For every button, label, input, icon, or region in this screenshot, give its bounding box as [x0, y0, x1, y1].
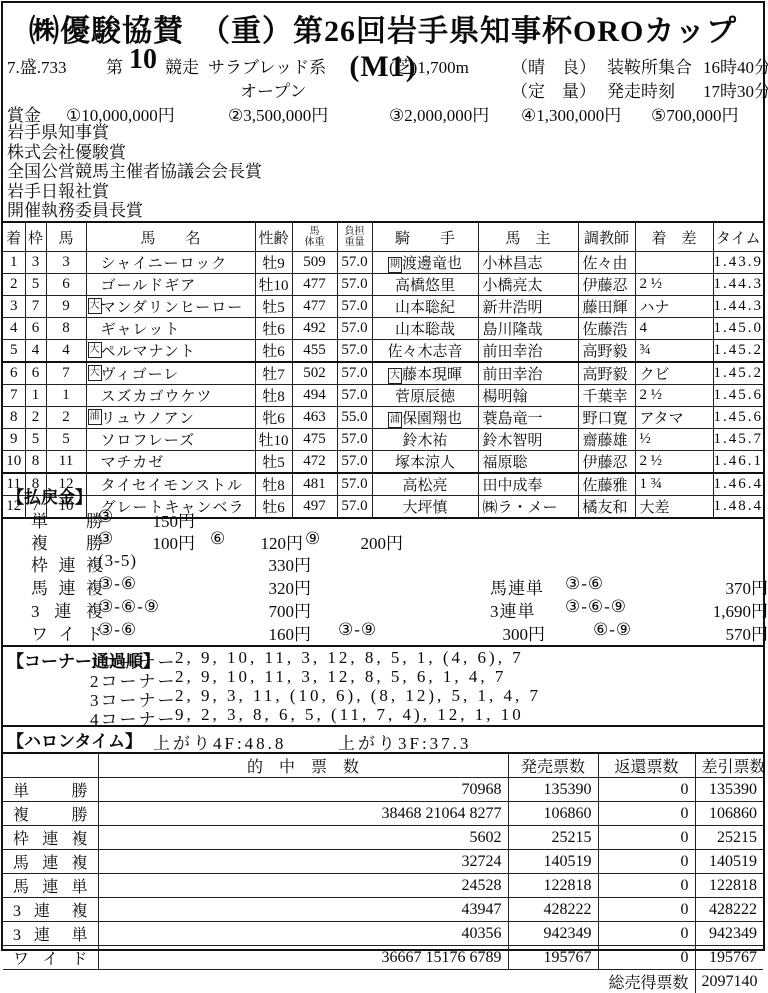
horse-name: シャイニーロック — [86, 252, 255, 274]
votes-footer-row: 総売得票数 2097140 — [3, 970, 763, 993]
up4f-time: 上がり4F:48.8 — [153, 729, 286, 754]
payout-quinella-exacta: 馬連複 ③-⑥ 320円 馬連単 ③-⑥ 370円 — [3, 574, 763, 596]
corner-3: 3コーナー 2, 9, 3, 11, (10, 6), (8, 12), 5, … — [3, 686, 763, 705]
total-votes-value: 2097140 — [695, 970, 763, 993]
race-code: 7.盛.733 — [7, 53, 67, 78]
votes-header-row: 的 中 票 数 発売票数 返還票数 差引票数 — [3, 753, 763, 778]
race-result-sheet: ㈱優駿協賛 （重）第26回岩手県知事杯OROカップ(M1) 7.盛.733 第 … — [0, 0, 768, 955]
jockey-name: 鈴木祐 — [372, 429, 478, 451]
col-weight: 馬 体重 — [292, 222, 337, 252]
award-item: 開催執務委員長賞 — [7, 201, 262, 221]
corner-4: 4コーナー 9, 2, 3, 8, 6, 5, (11, 7, 4), 12, … — [3, 705, 763, 724]
award-item: 岩手日報社賞 — [7, 182, 262, 202]
jockey-name: 菅原辰徳 — [372, 385, 478, 407]
horse-name: 大ヴィゴーレ — [86, 362, 255, 385]
votes-col-returned: 返還票数 — [598, 753, 695, 778]
race-no-suffix: 競走 — [165, 53, 199, 78]
table-row: 256 ゴールドギア 牡1047757.0 高橋悠里 小橋亮太伊藤忍 2 ½1.… — [3, 274, 763, 296]
table-row: 3 連 複43947 4282220428222 — [3, 898, 763, 922]
jockey-name: 高橋悠里 — [372, 274, 478, 296]
jockey-name: 大藤本現暉 — [372, 362, 478, 385]
jockey-name: 山本聡哉 — [372, 318, 478, 340]
weather-going: （晴 良） — [511, 53, 596, 78]
table-row: 955 ソロフレーズ 牡1047557.0 鈴木祐 鈴木智明齋藤雄 ½1.45.… — [3, 429, 763, 451]
breed: サラブレッド系 — [208, 53, 326, 78]
votes-col-net: 差引票数 — [695, 753, 763, 778]
horse-name: 浦リュウノアン — [86, 407, 255, 429]
table-row: 133 シャイニーロック 牡950957.0 期渡邊竜也 小林昌志佐々由 1.4… — [3, 252, 763, 274]
saddling-time: 16時40分 — [703, 53, 768, 78]
post-time-label: 発走時刻 — [607, 77, 675, 102]
table-row: ワ イ ド36667 15176 6789 1957670195767 — [3, 946, 763, 970]
jockey-name: 期渡邊竜也 — [372, 252, 478, 274]
votes-col-type — [3, 753, 98, 778]
horse-name: ソロフレーズ — [86, 429, 255, 451]
payout-place: 複 勝 ③ 100円 ⑥ 120円 ⑨ 200円 — [3, 529, 763, 551]
payout-wide: ワイド ③-⑥ 160円 ③-⑨ 300円 ⑥-⑨ 570円 — [3, 620, 763, 642]
furlong-heading: 【ハロンタイム】 — [7, 727, 142, 752]
table-row: 544 大ペルマナント 牡645557.0 佐々木志音 前田幸治高野毅 ¾1.4… — [3, 340, 763, 363]
corner-order-section: 【コーナー通過順】 1コーナー 2, 9, 10, 11, 3, 12, 8, … — [3, 645, 763, 727]
table-row: 468 ギャレット 牡649257.0 山本聡哉 島川隆哉佐藤浩 41.45.0 — [3, 318, 763, 340]
affiliation-mark: 大 — [388, 368, 402, 384]
results-table: 着 枠 馬 馬 名 性齢 馬 体重 負担 重量 騎 手 馬 主 調教師 着 差 … — [3, 221, 763, 519]
payout-bracket-quinella: 枠連複 (3-5) 330円 — [3, 551, 763, 573]
table-row: 枠 連 複5602 25215025215 — [3, 826, 763, 850]
table-row: 711 スズカゴウケツ 牡849457.0 菅原辰徳 楊明翰千葉幸 2 ½1.4… — [3, 385, 763, 407]
payout-win: 単 勝 ③ 150円 — [3, 507, 763, 529]
table-row: 822 浦リュウノアン 牝646355.0 浦保園翔也 蓑島竜一野口寛 アタマ1… — [3, 407, 763, 429]
table-row: 379 大マンダリンヒーロー 牡547757.0 山本聡紀 新井浩明藤田輝 ハナ… — [3, 296, 763, 318]
sheet-border: ㈱優駿協賛 （重）第26回岩手県知事杯OROカップ(M1) 7.盛.733 第 … — [1, 1, 765, 951]
col-horse-no: 馬 — [46, 222, 86, 252]
horse-name: スズカゴウケツ — [86, 385, 255, 407]
award-item: 岩手県知事賞 — [7, 123, 262, 143]
col-trainer: 調教師 — [578, 222, 635, 252]
affiliation-mark: 期 — [388, 257, 402, 273]
jockey-name: 山本聡紀 — [372, 296, 478, 318]
table-row: 馬 連 複32724 1405190140519 — [3, 850, 763, 874]
horse-name: 大ペルマナント — [86, 340, 255, 363]
race-number: 10 — [129, 44, 157, 76]
corner-2: 2コーナー 2, 9, 10, 11, 3, 12, 8, 5, 6, 1, 4… — [3, 667, 763, 686]
col-finish: 着 — [3, 222, 25, 252]
horse-name: 大マンダリンヒーロー — [86, 296, 255, 318]
table-row: 馬 連 単24528 1228180122818 — [3, 874, 763, 898]
votes-col-sold: 発売票数 — [508, 753, 598, 778]
col-load: 負担 重量 — [337, 222, 372, 252]
vote-count-table: 的 中 票 数 発売票数 返還票数 差引票数 単 勝70968 13539001… — [3, 752, 763, 993]
award-item: 全国公営競馬主催者協議会会長賞 — [7, 162, 262, 182]
track-distance: (芝)1,700m — [389, 53, 469, 78]
col-owner: 馬 主 — [478, 222, 578, 252]
jockey-name: 佐々木志音 — [372, 340, 478, 363]
col-horse-name: 馬 名 — [86, 222, 255, 252]
race-grade: オープン — [240, 77, 306, 102]
col-frame: 枠 — [25, 222, 46, 252]
post-time: 17時30分 — [703, 77, 768, 102]
col-time: タイム — [713, 222, 763, 252]
col-sex-age: 性齢 — [255, 222, 292, 252]
payout-section: 【払戻金】 単 勝 ③ 150円 複 勝 ③ 100円 ⑥ 120円 ⑨ 200… — [3, 481, 763, 647]
saddling-label: 装鞍所集合 — [607, 53, 692, 78]
table-row: 3 連 単40356 9423490942349 — [3, 922, 763, 946]
col-jockey: 騎 手 — [372, 222, 478, 252]
results-header-row: 着 枠 馬 馬 名 性齢 馬 体重 負担 重量 騎 手 馬 主 調教師 着 差 … — [3, 222, 763, 252]
table-row: 複 勝38468 21064 8277 1068600106860 — [3, 802, 763, 826]
votes-col-hits: 的 中 票 数 — [98, 753, 508, 778]
up3f-time: 上がり3F:37.3 — [338, 729, 471, 754]
prize-3rd: ③2,000,000円 — [389, 101, 489, 126]
race-no-prefix: 第 — [106, 53, 123, 78]
prize-5th: ⑤700,000円 — [651, 101, 739, 126]
race-info: 7.盛.733 第 10 競走 サラブレッド系 (芝)1,700m （晴 良） … — [3, 47, 763, 123]
affiliation-mark: 浦 — [388, 412, 402, 428]
payout-heading: 【払戻金】 — [7, 483, 92, 508]
affiliation-mark: 大 — [88, 342, 102, 358]
prize-4th: ④1,300,000円 — [521, 101, 621, 126]
affiliation-mark: 大 — [88, 298, 102, 314]
payout-trio-trifecta: 3連複 ③-⑥-⑨ 700円 3連単 ③-⑥-⑨ 1,690円 — [3, 597, 763, 619]
table-row: 10811 マチカゼ 牡547257.0 塚本涼人 福原聡伊藤忍 2 ½1.46… — [3, 451, 763, 474]
furlong-time-section: 【ハロンタイム】 上がり4F:48.8 上がり3F:37.3 — [3, 725, 763, 752]
jockey-name: 浦保園翔也 — [372, 407, 478, 429]
affiliation-mark: 大 — [88, 365, 102, 381]
horse-name: ゴールドギア — [86, 274, 255, 296]
table-row: 667 大ヴィゴーレ 牡750257.0 大藤本現暉 前田幸治高野毅 クビ1.4… — [3, 362, 763, 385]
total-votes-label: 総売得票数 — [3, 970, 695, 993]
award-item: 株式会社優駿賞 — [7, 143, 262, 163]
horse-name: マチカゼ — [86, 451, 255, 474]
horse-name: ギャレット — [86, 318, 255, 340]
award-list: 岩手県知事賞 株式会社優駿賞 全国公営競馬主催者協議会会長賞 岩手日報社賞 開催… — [7, 123, 262, 221]
affiliation-mark: 浦 — [88, 409, 102, 425]
jockey-name: 塚本涼人 — [372, 451, 478, 474]
weight-rule: （定 量） — [511, 77, 596, 102]
corner-1: 1コーナー 2, 9, 10, 11, 3, 12, 8, 5, 1, (4, … — [3, 648, 763, 667]
col-margin: 着 差 — [635, 222, 713, 252]
table-row: 単 勝70968 1353900135390 — [3, 778, 763, 802]
